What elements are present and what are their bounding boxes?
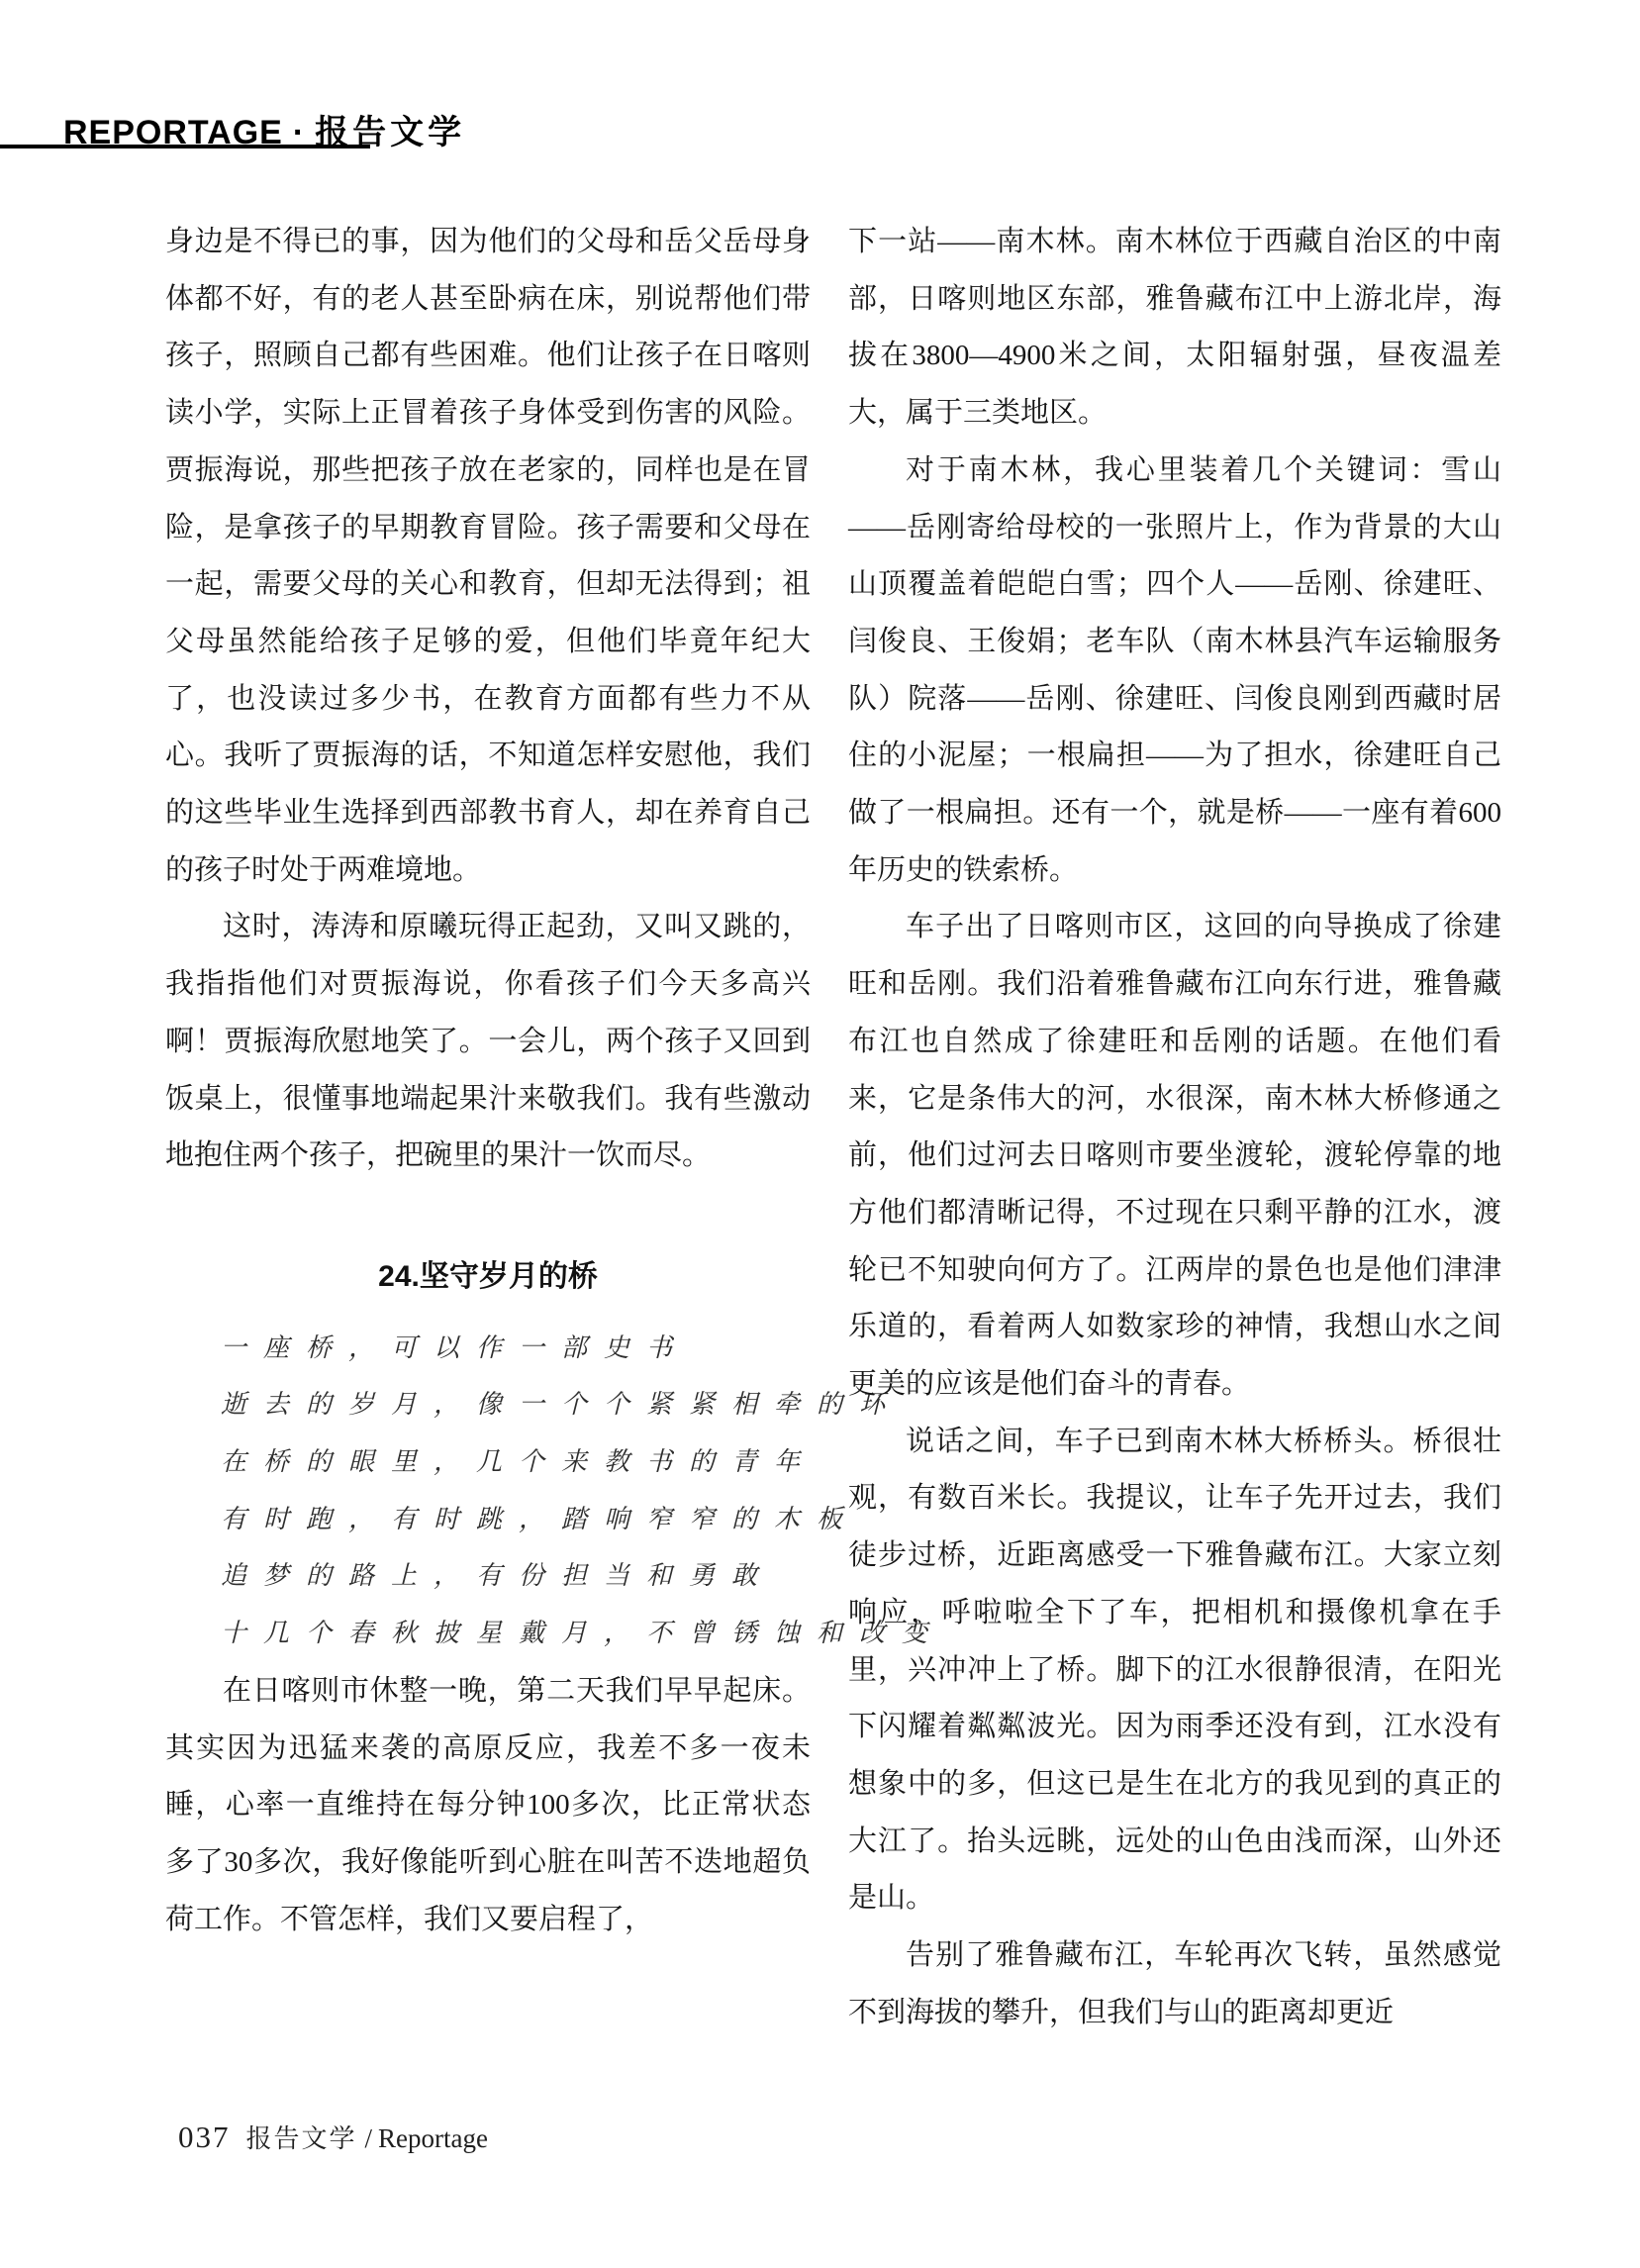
magazine-page: REPORTAGE·报告文学 身边是不得已的事，因为他们的父母和岳父岳母身体都不… bbox=[0, 0, 1640, 2268]
paragraph: 下一站——南木林。南木林位于西藏自治区的中南部，日喀则地区东部，雅鲁藏布江中上游… bbox=[848, 214, 1501, 443]
page-footer: 037报告文学/Reportage bbox=[178, 2119, 488, 2155]
left-column: 身边是不得已的事，因为他们的父母和岳父岳母身体都不好，有的老人甚至卧病在床，别说… bbox=[165, 214, 811, 1948]
paragraph: 说话之间，车子已到南木林大桥桥头。桥很壮观，有数百米长。我提议，让车子先开过去，… bbox=[848, 1414, 1501, 1927]
paragraph: 对于南木林，我心里装着几个关键词：雪山——岳刚寄给母校的一张照片上，作为背景的大… bbox=[848, 443, 1501, 900]
poem-line: 一座桥，可以作一部史书 bbox=[165, 1321, 811, 1378]
footer-section-en: Reportage bbox=[378, 2123, 488, 2153]
section-title: 24.坚守岁月的桥 bbox=[165, 1248, 811, 1306]
poem-block: 一座桥，可以作一部史书 逝去的岁月，像一个个紧紧相牵的环 在桥的眼里，几个来教书… bbox=[165, 1321, 811, 1663]
poem-line: 有时跑，有时跳，踏响窄窄的木板 bbox=[165, 1492, 811, 1549]
header-underline bbox=[0, 145, 370, 148]
paragraph: 在日喀则市休整一晚，第二天我们早早起床。其实因为迅猛来袭的高原反应，我差不多一夜… bbox=[165, 1663, 811, 1949]
page-number: 037 bbox=[178, 2120, 231, 2154]
footer-separator: / bbox=[365, 2123, 373, 2153]
paragraph: 身边是不得已的事，因为他们的父母和岳父岳母身体都不好，有的老人甚至卧病在床，别说… bbox=[165, 214, 811, 899]
right-column: 下一站——南木林。南木林位于西藏自治区的中南部，日喀则地区东部，雅鲁藏布江中上游… bbox=[848, 214, 1501, 2042]
poem-line: 追梦的路上，有份担当和勇敢 bbox=[165, 1548, 811, 1606]
poem-line: 在桥的眼里，几个来教书的青年 bbox=[165, 1434, 811, 1492]
paragraph: 车子出了日喀则市区，这回的向导换成了徐建旺和岳刚。我们沿着雅鲁藏布江向东行进，雅… bbox=[848, 899, 1501, 1413]
footer-section-zh: 报告文学 bbox=[246, 2124, 357, 2153]
poem-line: 逝去的岁月，像一个个紧紧相牵的环 bbox=[165, 1377, 811, 1434]
paragraph: 告别了雅鲁藏布江，车轮再次飞转，虽然感觉不到海拔的攀升，但我们与山的距离却更近 bbox=[848, 1927, 1501, 2041]
poem-line: 十几个春秋披星戴月，不曾锈蚀和改变 bbox=[165, 1606, 811, 1663]
paragraph: 这时，涛涛和原曦玩得正起劲，又叫又跳的，我指指他们对贾振海说，你看孩子们今天多高… bbox=[165, 899, 811, 1185]
